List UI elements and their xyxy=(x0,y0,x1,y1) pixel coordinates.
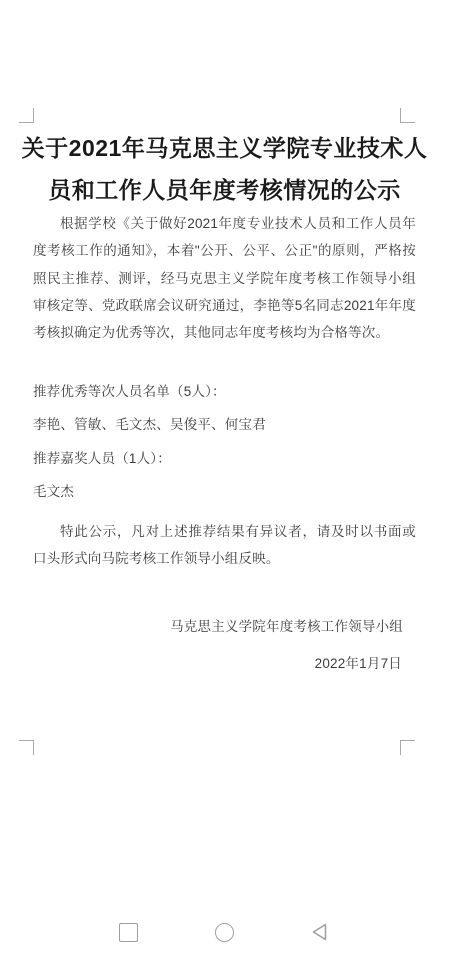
award-list-label: 推荐嘉奖人员（1人）： xyxy=(33,442,416,475)
recents-square-icon xyxy=(119,923,138,942)
text-boundary-mark-bottom-left xyxy=(19,740,34,755)
document-title: 关于2021年马克思主义学院专业技术人 员和工作人员年度考核情况的公示 xyxy=(0,127,449,211)
date-line: 2022年1月7日 xyxy=(315,650,402,677)
text-boundary-mark-bottom-right xyxy=(400,740,415,755)
recommendation-lists: 推荐优秀等次人员名单（5人）： 李艳、管敏、毛文杰、吴俊平、何宝君 推荐嘉奖人员… xyxy=(33,375,416,508)
intro-paragraph: 根据学校《关于做好2021年度专业技术人员和工作人员年度考核工作的通知》，本着"… xyxy=(33,210,416,346)
home-button[interactable] xyxy=(212,920,236,944)
phone-screen: 关于2021年马克思主义学院专业技术人 员和工作人员年度考核情况的公示 根据学校… xyxy=(0,0,449,960)
document-title-line-1: 关于2021年马克思主义学院专业技术人 xyxy=(0,127,449,169)
text-boundary-mark-top-left xyxy=(19,108,34,123)
back-triangle-icon xyxy=(310,922,330,942)
text-boundary-mark-top-right xyxy=(400,108,415,123)
home-circle-icon xyxy=(215,923,234,942)
notice-paragraph: 特此公示，凡对上述推荐结果有异议者，请及时以书面或口头形式向马院考核工作领导小组… xyxy=(33,518,416,573)
back-button[interactable] xyxy=(308,920,332,944)
excellent-list-label: 推荐优秀等次人员名单（5人）： xyxy=(33,375,416,408)
excellent-list-names: 李艳、管敏、毛文杰、吴俊平、何宝君 xyxy=(33,408,416,441)
signature-line: 马克思主义学院年度考核工作领导小组 xyxy=(170,613,403,640)
award-list-names: 毛文杰 xyxy=(33,475,416,508)
recents-button[interactable] xyxy=(116,920,140,944)
document-title-line-2: 员和工作人员年度考核情况的公示 xyxy=(0,169,449,211)
android-navbar xyxy=(0,900,449,960)
